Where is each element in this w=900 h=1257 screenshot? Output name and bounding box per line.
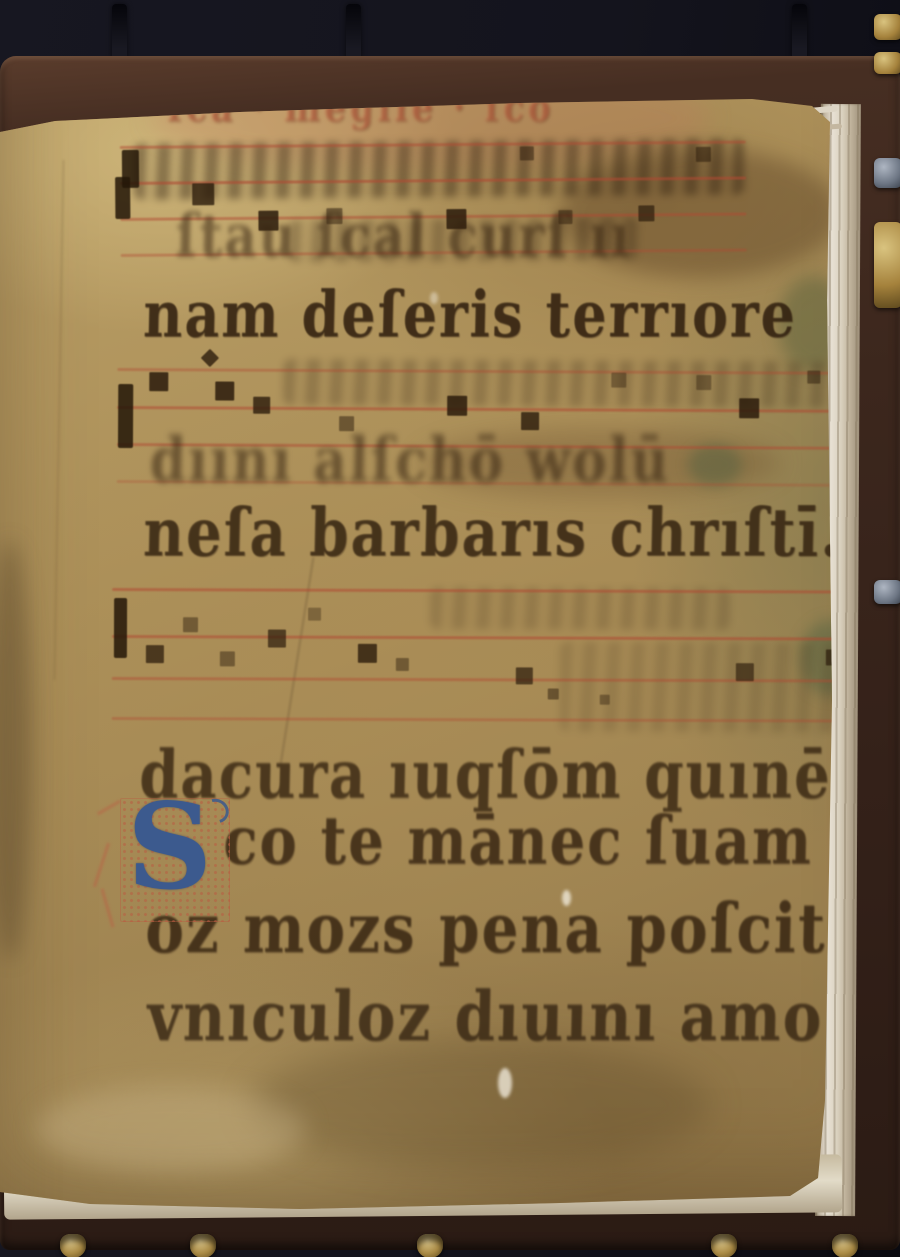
faded-text-line-2: dıını alſchō wolū xyxy=(149,430,671,491)
clef-mark xyxy=(114,598,127,658)
brass-boss xyxy=(190,1234,216,1257)
clasp-fitting xyxy=(874,52,900,74)
top-nail-fitting xyxy=(346,4,361,60)
neume-note xyxy=(516,667,533,684)
manuscript-photo: ſcā · mēgile · ſcō ſtau ſcal curſ ıı nam… xyxy=(0,0,900,1257)
brass-boss xyxy=(832,1234,858,1257)
brass-boss xyxy=(711,1234,737,1257)
text-line-vinculoz: vnıculoz dıuını amo xyxy=(146,982,824,1050)
neume-note xyxy=(358,644,377,663)
clasp-fitting xyxy=(874,222,900,308)
neume-note xyxy=(736,663,754,681)
staff-3 xyxy=(0,0,900,1257)
brass-boss xyxy=(417,1234,443,1257)
showthrough-smear xyxy=(430,587,730,630)
neume-note xyxy=(308,608,321,621)
neume-note xyxy=(548,688,559,699)
faded-text-line-1: ſtau ſcal curſ ıı xyxy=(175,206,632,265)
text-line-dacura: dacura ıuqſōm quınē. xyxy=(139,742,854,808)
neume-note xyxy=(220,651,235,666)
neume-note xyxy=(396,658,409,671)
top-nail-fitting xyxy=(792,4,807,60)
brass-boss xyxy=(60,1234,86,1257)
clasp-fitting xyxy=(874,580,900,604)
text-line-nam-deseris: nam deſeris terrıore xyxy=(143,282,798,346)
text-line-mors-pena: oz mozs pena poſcit xyxy=(144,894,827,962)
neume-note xyxy=(600,695,610,705)
staff-line xyxy=(112,635,852,641)
text-line-co-te: co te mānec ſuam xyxy=(223,808,814,874)
parchment-page: ſcā · mēgile · ſcō ſtau ſcal curſ ıı nam… xyxy=(0,0,900,1257)
initial-penwork-box: S xyxy=(120,798,230,922)
top-nail-fitting xyxy=(112,4,127,60)
clasp-fitting xyxy=(874,14,900,40)
illuminated-initial-S: S xyxy=(127,785,212,909)
clasp-fitting xyxy=(874,158,900,188)
neume-note xyxy=(268,630,286,648)
text-line-nesa-barbaris: neſa barbarıs chrıſtī. xyxy=(143,500,843,566)
neume-note xyxy=(146,645,164,663)
neume-note xyxy=(183,617,198,632)
